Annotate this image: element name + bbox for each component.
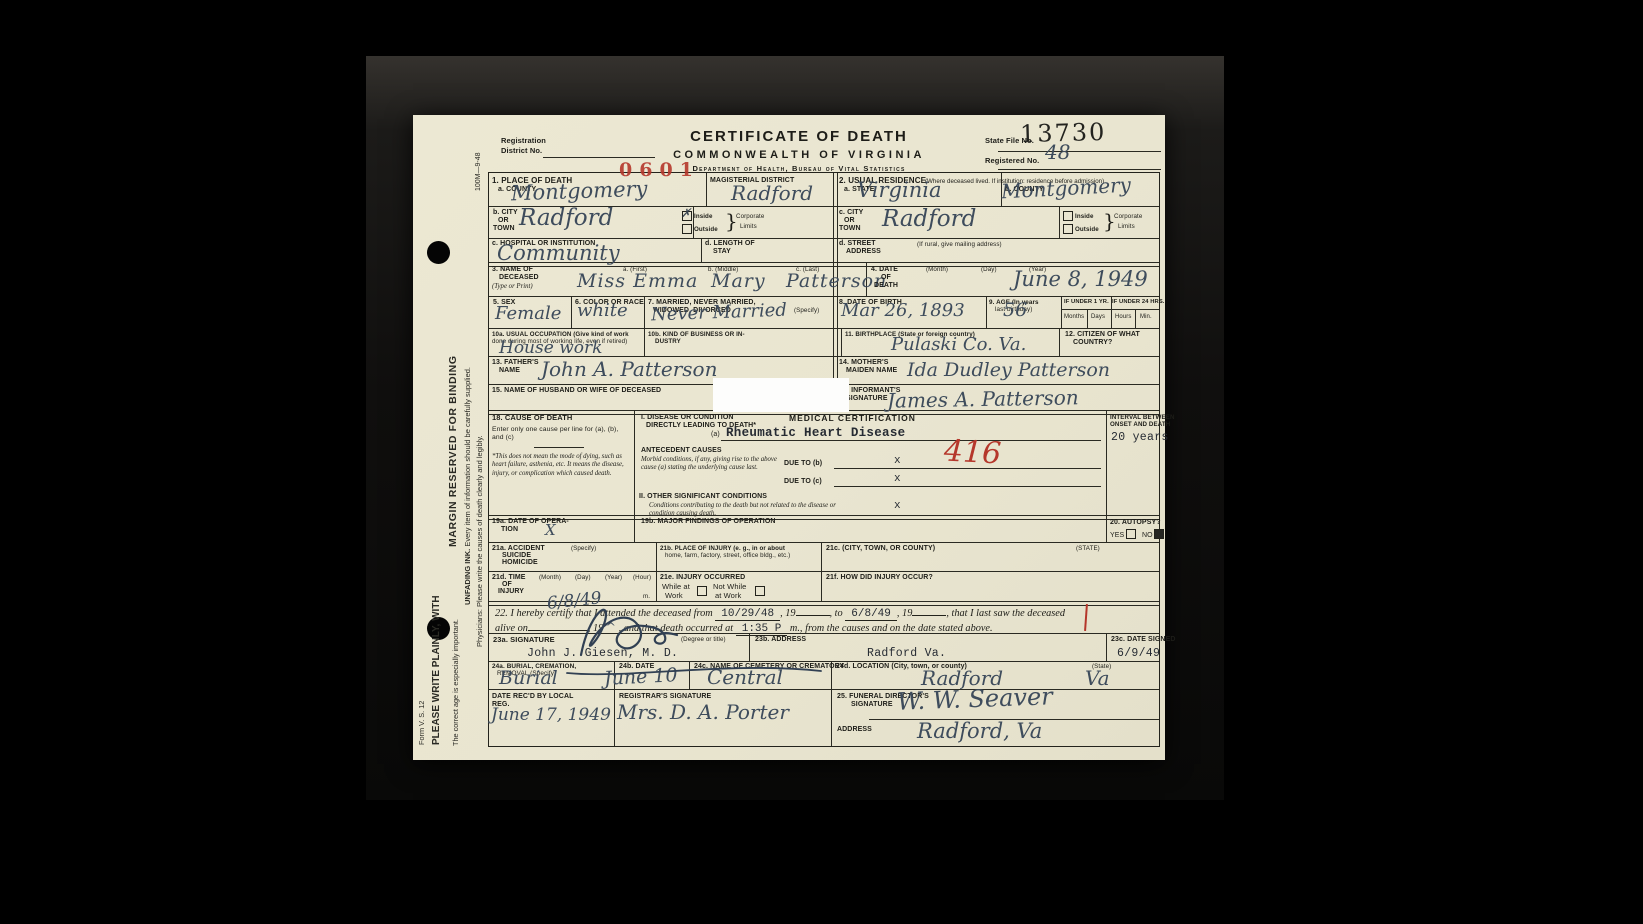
b4-title2: OF bbox=[881, 274, 891, 282]
med-x-b: x bbox=[894, 455, 901, 467]
physician-signature-scrawl bbox=[559, 585, 849, 695]
b4-day-label: (Day) bbox=[981, 266, 997, 273]
b1-hospital-value: Community bbox=[497, 243, 620, 264]
b2-corporate-label2: Limits bbox=[1118, 223, 1135, 230]
page-title: CERTIFICATE OF DEATH bbox=[648, 128, 950, 145]
b24a-value: Burial bbox=[499, 669, 558, 688]
b2-outside-checkbox bbox=[1063, 224, 1073, 234]
b13-label1: 13. FATHER'S bbox=[492, 359, 539, 367]
b20-label: 20. AUTOPSY? bbox=[1110, 519, 1161, 527]
med-interval-value: 20 years bbox=[1111, 431, 1169, 444]
b9-min-label: Min. bbox=[1140, 314, 1152, 321]
b15-label: 15. NAME OF HUSBAND OR WIFE OF DECEASED bbox=[492, 387, 661, 395]
registered-no-label: Registered No. bbox=[985, 157, 1039, 166]
b20-yes-checkbox bbox=[1126, 529, 1136, 539]
certify-to-date: 6/8/49 bbox=[845, 608, 897, 621]
b9-under1-label: IF UNDER 1 YR. bbox=[1064, 299, 1109, 306]
b1-stay-label2: STAY bbox=[713, 248, 731, 256]
b9-hours-label: Hours bbox=[1115, 314, 1132, 321]
b2-city-value: Radford bbox=[882, 208, 976, 231]
b23-datesigned-value: 6/9/49 bbox=[1117, 647, 1160, 660]
margin-form-number: Form V. S. 12 bbox=[417, 681, 426, 745]
b3-middle-value: Mary bbox=[711, 272, 766, 291]
b21a-specify-label: (Specify) bbox=[571, 545, 596, 552]
b21d-label3: INJURY bbox=[498, 588, 524, 596]
b9-months-label: Months bbox=[1064, 314, 1084, 321]
b4-title3: DEATH bbox=[874, 282, 898, 290]
med-x-other: x bbox=[894, 500, 901, 512]
b1-corporate-label1: Corporate bbox=[736, 213, 764, 220]
margin-age-note: The correct age is especially important. bbox=[451, 598, 460, 746]
b23-address-value: Radford Va. bbox=[867, 647, 946, 660]
b3-title1: 3. NAME OF bbox=[492, 266, 533, 274]
margin-note-ink-rest: Every item of information should be care… bbox=[463, 367, 472, 549]
red-tick-mark bbox=[1084, 604, 1088, 631]
b1-outside-checkbox bbox=[682, 224, 692, 234]
b14-label2: MAIDEN NAME bbox=[846, 367, 897, 375]
form-print-code: 100M—9-48 bbox=[475, 127, 482, 191]
b9-under24-label: IF UNDER 24 HRS. bbox=[1112, 299, 1165, 306]
b21b-label2: home, farm, factory, street, office bldg… bbox=[665, 552, 790, 559]
b2-corporate-label1: Corporate bbox=[1114, 213, 1142, 220]
b6-value: white bbox=[577, 302, 628, 320]
b1-city-label3: TOWN bbox=[493, 225, 515, 233]
b25-recd-value: June 17, 1949 bbox=[491, 707, 611, 724]
b1-city-label1: b. CITY bbox=[493, 209, 518, 217]
b12-label1: 12. CITIZEN OF WHAT bbox=[1065, 331, 1140, 339]
b19b-label: 19b. MAJOR FINDINGS OF OPERATION bbox=[641, 518, 776, 526]
b1-county-value: Montgomery bbox=[511, 179, 648, 205]
certify-mid2a: , 19 bbox=[897, 608, 912, 619]
b20-yes-label: YES bbox=[1110, 532, 1124, 540]
b1-inside-label: Inside bbox=[694, 213, 712, 220]
med-interval-label2: ONSET AND DEATH bbox=[1110, 421, 1170, 428]
med-due-b-label: DUE TO (b) bbox=[784, 460, 822, 468]
b25-fd-value: W. W. Seaver bbox=[897, 684, 1053, 713]
b21d-hour-label: (Hour) bbox=[633, 574, 651, 581]
registration-label: Registration bbox=[501, 137, 546, 146]
b2-city-label1: c. CITY bbox=[839, 209, 863, 217]
b24d-state-value: Va bbox=[1085, 668, 1110, 688]
b4-month-label: (Month) bbox=[926, 266, 948, 273]
b25-registrar-value: Mrs. D. A. Porter bbox=[617, 702, 789, 722]
b21c-label: 21c. (CITY, TOWN, OR COUNTY) bbox=[826, 545, 935, 553]
med-morbid-note: Morbid conditions, if any, giving rise t… bbox=[641, 456, 783, 473]
b2-city-label3: TOWN bbox=[839, 225, 861, 233]
b7-specify-label: (Specify) bbox=[794, 307, 819, 314]
b17-value: James A. Patterson bbox=[887, 387, 1079, 410]
margin-plainly-note: PLEASE WRITE PLAINLY, WITH bbox=[431, 415, 442, 745]
b2-state-value: Virginia bbox=[857, 180, 941, 201]
b1-outside-label: Outside bbox=[694, 226, 718, 233]
b1-city-value: Radford bbox=[519, 207, 613, 230]
certify-alive: alive on bbox=[495, 623, 528, 634]
b19a-label2: TION bbox=[501, 526, 518, 534]
red-code-416: 416 bbox=[943, 434, 1002, 472]
margin-note-physicians: Physicians: Please write the causes of d… bbox=[475, 195, 484, 647]
b25-fd-address-label: ADDRESS bbox=[837, 726, 872, 734]
b8-value: Mar 26, 1893 bbox=[841, 302, 965, 320]
med-x-c: x bbox=[894, 473, 901, 485]
b3-title3: (Type or Print) bbox=[492, 283, 533, 291]
b2-outside-label: Outside bbox=[1075, 226, 1099, 233]
b17-label2: SIGNATURE bbox=[846, 395, 888, 403]
b4-value: June 8, 1949 bbox=[1013, 269, 1148, 290]
certificate-form: 0601 bbox=[488, 172, 1160, 747]
b23-signature-label: 23a. SIGNATURE bbox=[493, 636, 555, 645]
b21e-label: 21e. INJURY OCCURRED bbox=[660, 574, 745, 582]
b18-note1: Enter only one cause per line for (a), (… bbox=[492, 426, 628, 442]
margin-binding-note: MARGIN RESERVED FOR BINDING bbox=[447, 302, 459, 547]
b11-value: Pulaski Co. Va. bbox=[891, 336, 1026, 354]
punch-hole-top bbox=[427, 241, 450, 264]
b20-no-label: NO bbox=[1142, 532, 1153, 540]
med-other-note: Conditions contributing to the death but… bbox=[649, 502, 861, 519]
b23-datesigned-label: 23c. DATE SIGNED bbox=[1111, 636, 1176, 644]
b18-title: 18. CAUSE OF DEATH bbox=[492, 414, 572, 423]
registered-no-value: 48 bbox=[1045, 142, 1070, 162]
registered-no-line bbox=[998, 169, 1161, 170]
margin-note-ink: UNFADING INK. Every item of information … bbox=[463, 175, 472, 605]
b2-inside-label: Inside bbox=[1075, 213, 1093, 220]
b14-label1: 14. MOTHER'S bbox=[839, 359, 889, 367]
b21a-label3: HOMICIDE bbox=[502, 559, 538, 567]
b2-inside-checkbox bbox=[1063, 211, 1073, 221]
b1-city-label2: OR bbox=[498, 217, 509, 225]
b19a-value: X bbox=[545, 523, 556, 538]
b1-stay-label1: d. LENGTH OF bbox=[705, 240, 755, 248]
med-other-title: II. OTHER SIGNIFICANT CONDITIONS bbox=[639, 493, 767, 501]
b20-no-checkbox-checked bbox=[1154, 529, 1164, 539]
b10b-label2: DUSTRY bbox=[655, 338, 681, 345]
b14-value: Ida Dudley Patterson bbox=[907, 361, 1110, 380]
b21f-label: 21f. HOW DID INJURY OCCUR? bbox=[826, 574, 933, 582]
scanned-death-certificate: 100M—9-48 Physicians: Please write the c… bbox=[0, 0, 1643, 924]
b2-county-value: Montgomery bbox=[1001, 175, 1132, 202]
b5-value: Female bbox=[495, 305, 561, 323]
med-cause-value: Rheumatic Heart Disease bbox=[726, 426, 905, 440]
b25-fd-label2: SIGNATURE bbox=[851, 701, 893, 709]
margin-note-ink-bold: UNFADING INK. bbox=[463, 549, 472, 605]
b3-last-value: Patterson bbox=[786, 272, 887, 291]
b9-value: 56 bbox=[1003, 301, 1027, 320]
b3-first-value: Miss Emma bbox=[577, 272, 698, 291]
b21d-day-label: (Day) bbox=[575, 574, 591, 581]
b13-value: John A. Patterson bbox=[541, 359, 717, 379]
b3-title2: DECEASED bbox=[499, 274, 539, 282]
b21d-month-label: (Month) bbox=[539, 574, 561, 581]
b1-inside-checkmark: ✗ bbox=[681, 207, 691, 219]
redaction-box bbox=[713, 378, 849, 412]
state-file-line bbox=[998, 151, 1161, 152]
b25-fd-address-value: Radford, Va bbox=[917, 721, 1042, 742]
med-antecedent-label: ANTECEDENT CAUSES bbox=[641, 447, 722, 455]
b1-magisterial-value: Radford bbox=[731, 183, 813, 203]
b13-label2: NAME bbox=[499, 367, 520, 375]
b4-title1: 4. DATE bbox=[871, 266, 898, 274]
b2-street-label1: d. STREET bbox=[839, 240, 876, 248]
certificate-paper: 100M—9-48 Physicians: Please write the c… bbox=[413, 115, 1165, 760]
b21d-year-label: (Year) bbox=[605, 574, 622, 581]
b2-street-paren: (If rural, give mailing address) bbox=[917, 241, 1002, 248]
b10a-value: House work bbox=[499, 340, 602, 357]
b19a-label1: 19a. DATE OF OPERA- bbox=[492, 518, 569, 526]
registration-blank-line bbox=[543, 157, 655, 158]
certify-tail1: , that I last saw the deceased bbox=[946, 608, 1065, 619]
med-due-c-label: DUE TO (c) bbox=[784, 478, 822, 486]
b2-city-label2: OR bbox=[844, 217, 855, 225]
b21c-state-label: (STATE) bbox=[1076, 545, 1100, 552]
b12-label2: COUNTRY? bbox=[1073, 339, 1112, 347]
red-stamp-0601: 0601 bbox=[619, 159, 700, 181]
b1-corporate-label2: Limits bbox=[740, 223, 757, 230]
med-a-label: (a) bbox=[711, 431, 720, 439]
b2-street-label2: ADDRESS bbox=[846, 248, 881, 256]
registration-district-label: District No. bbox=[501, 147, 542, 156]
b18-note2: *This does not mean the mode of dying, s… bbox=[492, 453, 628, 478]
med-disease-label1: I. DISEASE OR CONDITION bbox=[641, 414, 734, 422]
med-certification-header: MEDICAL CERTIFICATION bbox=[789, 414, 916, 424]
b7-value: Never Married bbox=[651, 302, 787, 325]
b9-days-label: Days bbox=[1091, 314, 1105, 321]
